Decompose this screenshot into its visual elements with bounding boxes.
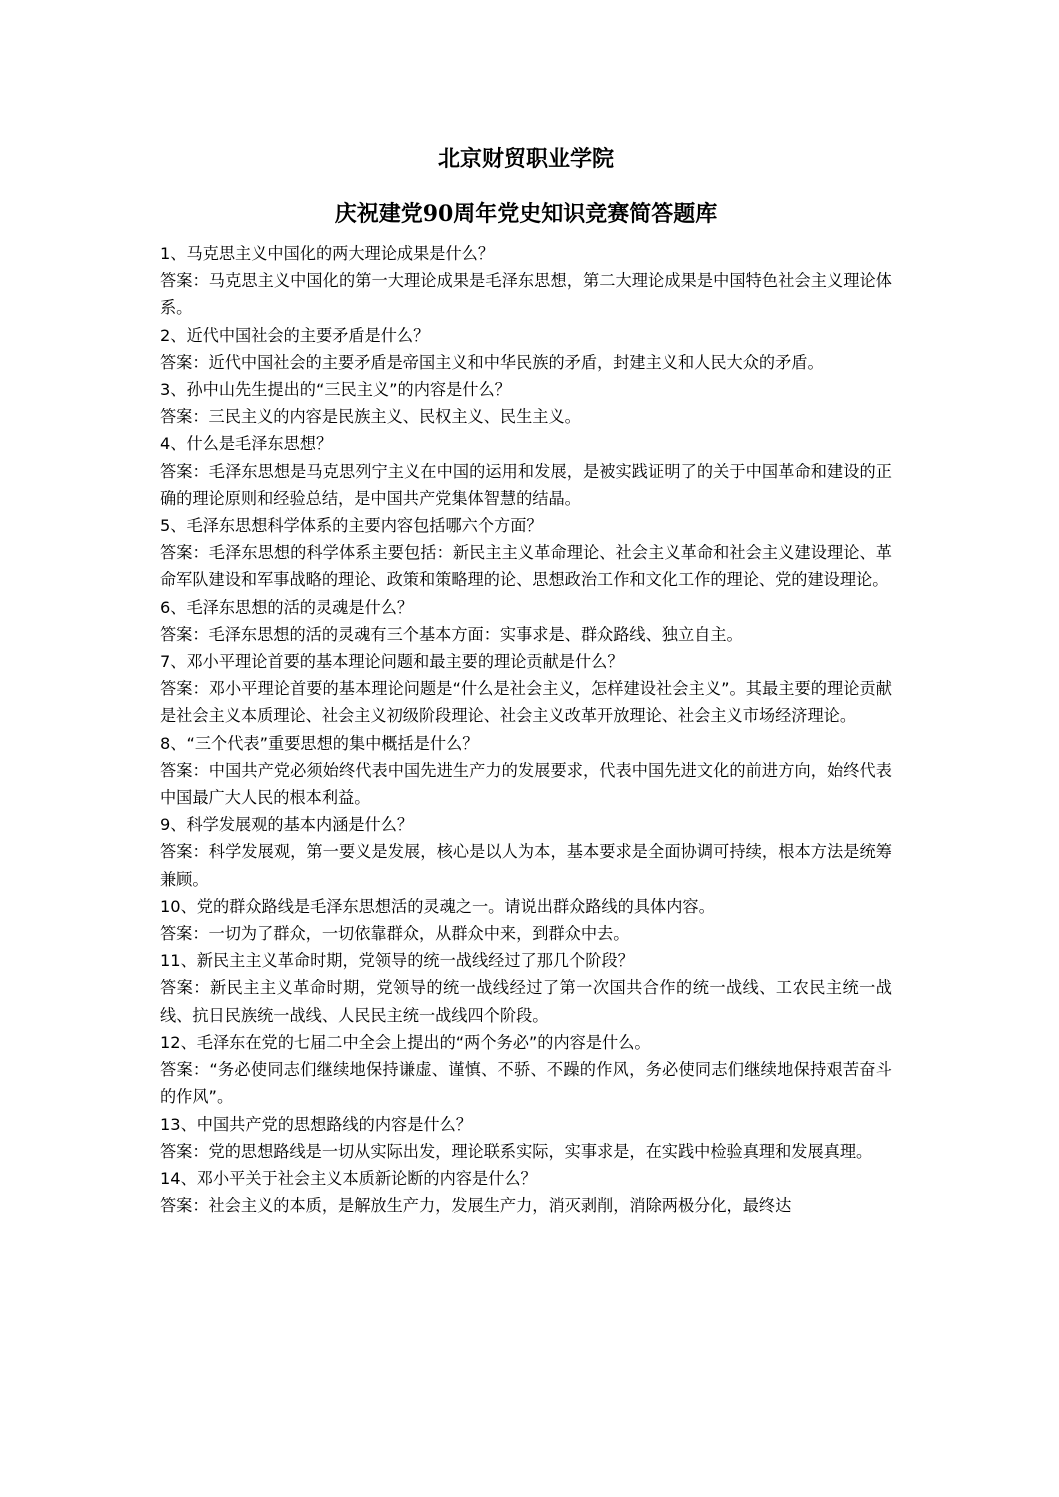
answer-4: 答案：毛泽东思想是马克思列宁主义在中国的运用和发展，是被实践证明了的关于中国革命… — [160, 458, 892, 512]
answer-2: 答案：近代中国社会的主要矛盾是帝国主义和中华民族的矛盾，封建主义和人民大众的矛盾… — [160, 349, 892, 376]
question-10: 10、党的群众路线是毛泽东思想活的灵魂之一。请说出群众路线的具体内容。 — [160, 893, 892, 920]
qa-list: 1、马克思主义中国化的两大理论成果是什么？ 答案：马克思主义中国化的第一大理论成… — [160, 240, 892, 1219]
answer-5: 答案：毛泽东思想的科学体系主要包括：新民主主义革命理论、社会主义革命和社会主义建… — [160, 539, 892, 593]
document-title: 庆祝建党90周年党史知识竞赛简答题库 — [160, 197, 892, 228]
answer-11: 答案：新民主主义革命时期，党领导的统一战线经过了第一次国共合作的统一战线、工农民… — [160, 974, 892, 1028]
answer-9: 答案：科学发展观，第一要义是发展，核心是以人为本，基本要求是全面协调可持续，根本… — [160, 838, 892, 892]
question-7: 7、邓小平理论首要的基本理论问题和最主要的理论贡献是什么？ — [160, 648, 892, 675]
answer-8: 答案：中国共产党必须始终代表中国先进生产力的发展要求，代表中国先进文化的前进方向… — [160, 757, 892, 811]
question-8: 8、“三个代表”重要思想的集中概括是什么？ — [160, 730, 892, 757]
answer-6: 答案：毛泽东思想的活的灵魂有三个基本方面：实事求是、群众路线、独立自主。 — [160, 621, 892, 648]
answer-10: 答案：一切为了群众，一切依靠群众，从群众中来，到群众中去。 — [160, 920, 892, 947]
question-3: 3、孙中山先生提出的“三民主义”的内容是什么？ — [160, 376, 892, 403]
question-6: 6、毛泽东思想的活的灵魂是什么？ — [160, 594, 892, 621]
question-11: 11、新民主主义革命时期，党领导的统一战线经过了那几个阶段？ — [160, 947, 892, 974]
question-14: 14、邓小平关于社会主义本质新论断的内容是什么？ — [160, 1165, 892, 1192]
institution-title: 北京财贸职业学院 — [160, 142, 892, 173]
question-5: 5、毛泽东思想科学体系的主要内容包括哪六个方面？ — [160, 512, 892, 539]
answer-14: 答案：社会主义的本质，是解放生产力，发展生产力，消灭剥削，消除两极分化，最终达 — [160, 1192, 892, 1219]
question-13: 13、中国共产党的思想路线的内容是什么？ — [160, 1111, 892, 1138]
question-9: 9、科学发展观的基本内涵是什么？ — [160, 811, 892, 838]
question-2: 2、近代中国社会的主要矛盾是什么？ — [160, 322, 892, 349]
answer-12: 答案：“务必使同志们继续地保持谦虚、谨慎、不骄、不躁的作风，务必使同志们继续地保… — [160, 1056, 892, 1110]
question-12: 12、毛泽东在党的七届二中全会上提出的“两个务必”的内容是什么。 — [160, 1029, 892, 1056]
question-1: 1、马克思主义中国化的两大理论成果是什么？ — [160, 240, 892, 267]
answer-3: 答案：三民主义的内容是民族主义、民权主义、民生主义。 — [160, 403, 892, 430]
answer-7: 答案：邓小平理论首要的基本理论问题是“什么是社会主义，怎样建设社会主义”。其最主… — [160, 675, 892, 729]
answer-1: 答案：马克思主义中国化的第一大理论成果是毛泽东思想，第二大理论成果是中国特色社会… — [160, 267, 892, 321]
question-4: 4、什么是毛泽东思想？ — [160, 430, 892, 457]
answer-13: 答案：党的思想路线是一切从实际出发，理论联系实际，实事求是，在实践中检验真理和发… — [160, 1138, 892, 1165]
